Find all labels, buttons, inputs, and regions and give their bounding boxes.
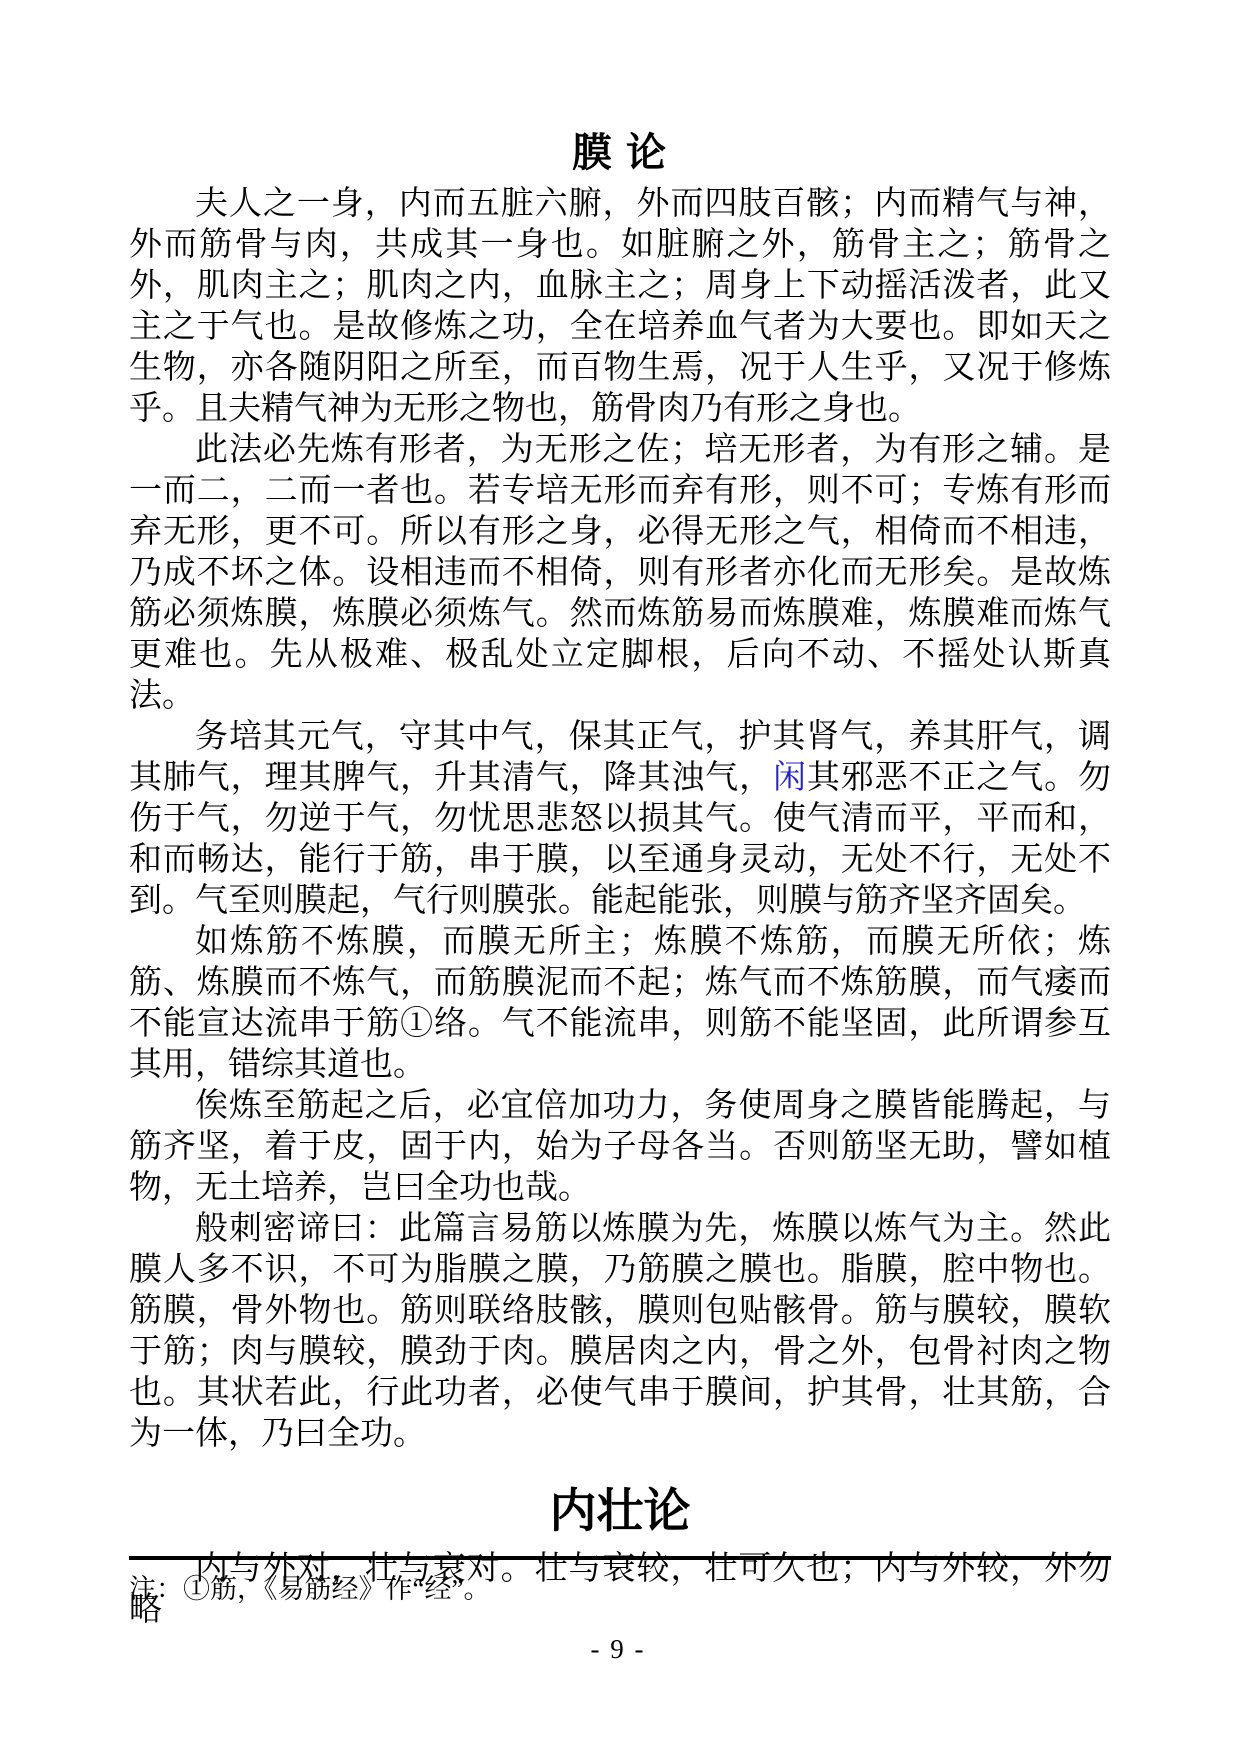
page-number: - 9 - — [0, 1634, 1236, 1665]
section-mo-lun: 膜 论 夫人之一身，内而五脏六腑，外而四肢百骸；内而精气与神，外而筋骨与肉，共成… — [129, 122, 1111, 1455]
paragraph-2: 此法必先炼有形者，为无形之佐；培无形者，为有形之辅。是一而二，二而一者也。若专培… — [129, 430, 1111, 717]
document-page: 膜 论 夫人之一身，内而五脏六腑，外而四肢百骸；内而精气与神，外而筋骨与肉，共成… — [0, 0, 1236, 1755]
page-content: 膜 论 夫人之一身，内而五脏六腑，外而四肢百骸；内而精气与神，外而筋骨与肉，共成… — [129, 122, 1111, 1631]
paragraph-6: 般刺密谛曰：此篇言易筋以炼膜为先，炼膜以炼气为主。然此膜人多不识，不可为脂膜之膜… — [129, 1209, 1111, 1455]
footnote-text: 注：①筋，《易筋经》作“经”。 — [129, 1572, 1111, 1606]
paragraph-5: 俟炼至筋起之后，必宜倍加功力，务使周身之膜皆能腾起，与筋齐坚，着于皮，固于内，始… — [129, 1086, 1111, 1209]
footnote-area: 注：①筋，《易筋经》作“经”。 — [129, 1556, 1111, 1606]
paragraph-1: 夫人之一身，内而五脏六腑，外而四肢百骸；内而精气与神，外而筋骨与肉，共成其一身也… — [129, 184, 1111, 430]
paragraph-4: 如炼筋不炼膜，而膜无所主；炼膜不炼筋，而膜无所依；炼筋、炼膜而不炼气，而筋膜泥而… — [129, 922, 1111, 1086]
section-title-nei-zhuang-lun: 内壮论 — [129, 1481, 1111, 1543]
highlighted-character: 闲 — [773, 760, 807, 796]
section-title-mo-lun: 膜 论 — [129, 122, 1111, 184]
paragraph-3: 务培其元气，守其中气，保其正气，护其肾气，养其肝气，调其肺气，理其脾气，升其清气… — [129, 717, 1111, 922]
